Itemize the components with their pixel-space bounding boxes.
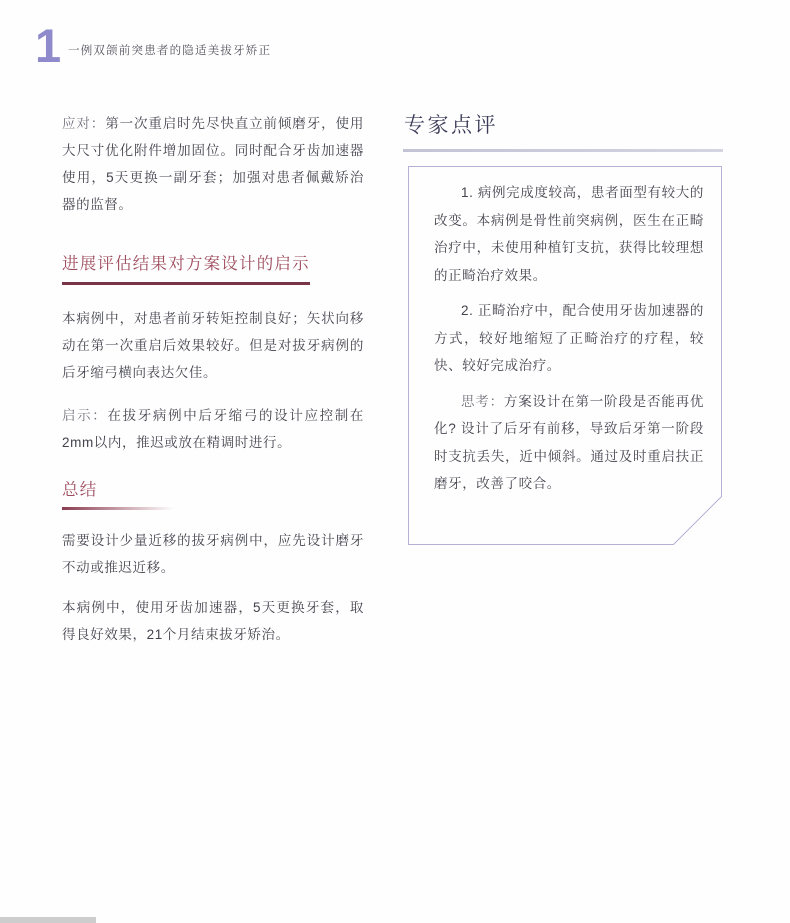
book-page: 1 一例双颌前突患者的隐适美拔牙矫正 应对：第一次重启时先尽快直立前倾磨牙，使用… bbox=[0, 0, 790, 923]
section-underline bbox=[62, 507, 174, 510]
paragraph-insight: 启示：在拔牙病例中后牙缩弓的设计应控制在2mm以内，推迟或放在精调时进行。 bbox=[62, 402, 364, 456]
paragraph-case-control: 本病例中，对患者前牙转矩控制良好；矢状向移动在第一次重启后效果较好。但是对拔牙病… bbox=[62, 305, 364, 386]
expert-comment-box: 1. 病例完成度较高，患者面型有较大的改变。本病例是骨性前突病例，医生在正畸治疗… bbox=[408, 166, 722, 545]
paragraph-response: 应对：第一次重启时先尽快直立前倾磨牙，使用大尺寸优化附件增加固位。同时配合牙齿加… bbox=[62, 110, 364, 218]
chapter-title: 一例双颌前突患者的隐适美拔牙矫正 bbox=[68, 42, 271, 58]
expert-heading-underline bbox=[403, 149, 723, 152]
section-progress-evaluation: 进展评估结果对方案设计的启示 bbox=[62, 254, 310, 285]
expert-point-2: 2. 正畸治疗中，配合使用牙齿加速器的方式，较好地缩短了正畸治疗的疗程，较快、较… bbox=[434, 297, 704, 380]
expert-point-1: 1. 病例完成度较高，患者面型有较大的改变。本病例是骨性前突病例，医生在正畸治疗… bbox=[434, 179, 704, 289]
expert-point-thinking: 思考：方案设计在第一阶段是否能再优化? 设计了后牙有前移，导致后牙第一阶段时支抗… bbox=[434, 388, 704, 498]
paragraph-lead: 应对： bbox=[62, 116, 105, 131]
section-heading: 进展评估结果对方案设计的启示 bbox=[62, 254, 310, 285]
paragraph-lead: 思考： bbox=[461, 394, 504, 409]
expert-panel-heading: 专家点评 bbox=[404, 109, 498, 139]
paragraph-text: 在拔牙病例中后牙缩弓的设计应控制在2mm以内，推迟或放在精调时进行。 bbox=[62, 408, 364, 450]
paragraph-lead: 启示： bbox=[62, 408, 107, 423]
expert-comment-text: 1. 病例完成度较高，患者面型有较大的改变。本病例是骨性前突病例，医生在正畸治疗… bbox=[434, 179, 704, 506]
section-summary: 总结 bbox=[62, 480, 174, 510]
paragraph-summary-1: 需要设计少量近移的拔牙病例中，应先设计磨牙不动或推迟近移。 bbox=[62, 527, 364, 581]
chapter-number: 1 bbox=[35, 22, 61, 69]
section-heading: 总结 bbox=[62, 480, 97, 500]
scan-edge-artifact bbox=[0, 917, 96, 923]
paragraph-text: 第一次重启时先尽快直立前倾磨牙，使用大尺寸优化附件增加固位。同时配合牙齿加速器使… bbox=[62, 116, 364, 212]
paragraph-summary-2: 本病例中，使用牙齿加速器，5天更换牙套，取得良好效果，21个月结束拔牙矫治。 bbox=[62, 594, 364, 648]
